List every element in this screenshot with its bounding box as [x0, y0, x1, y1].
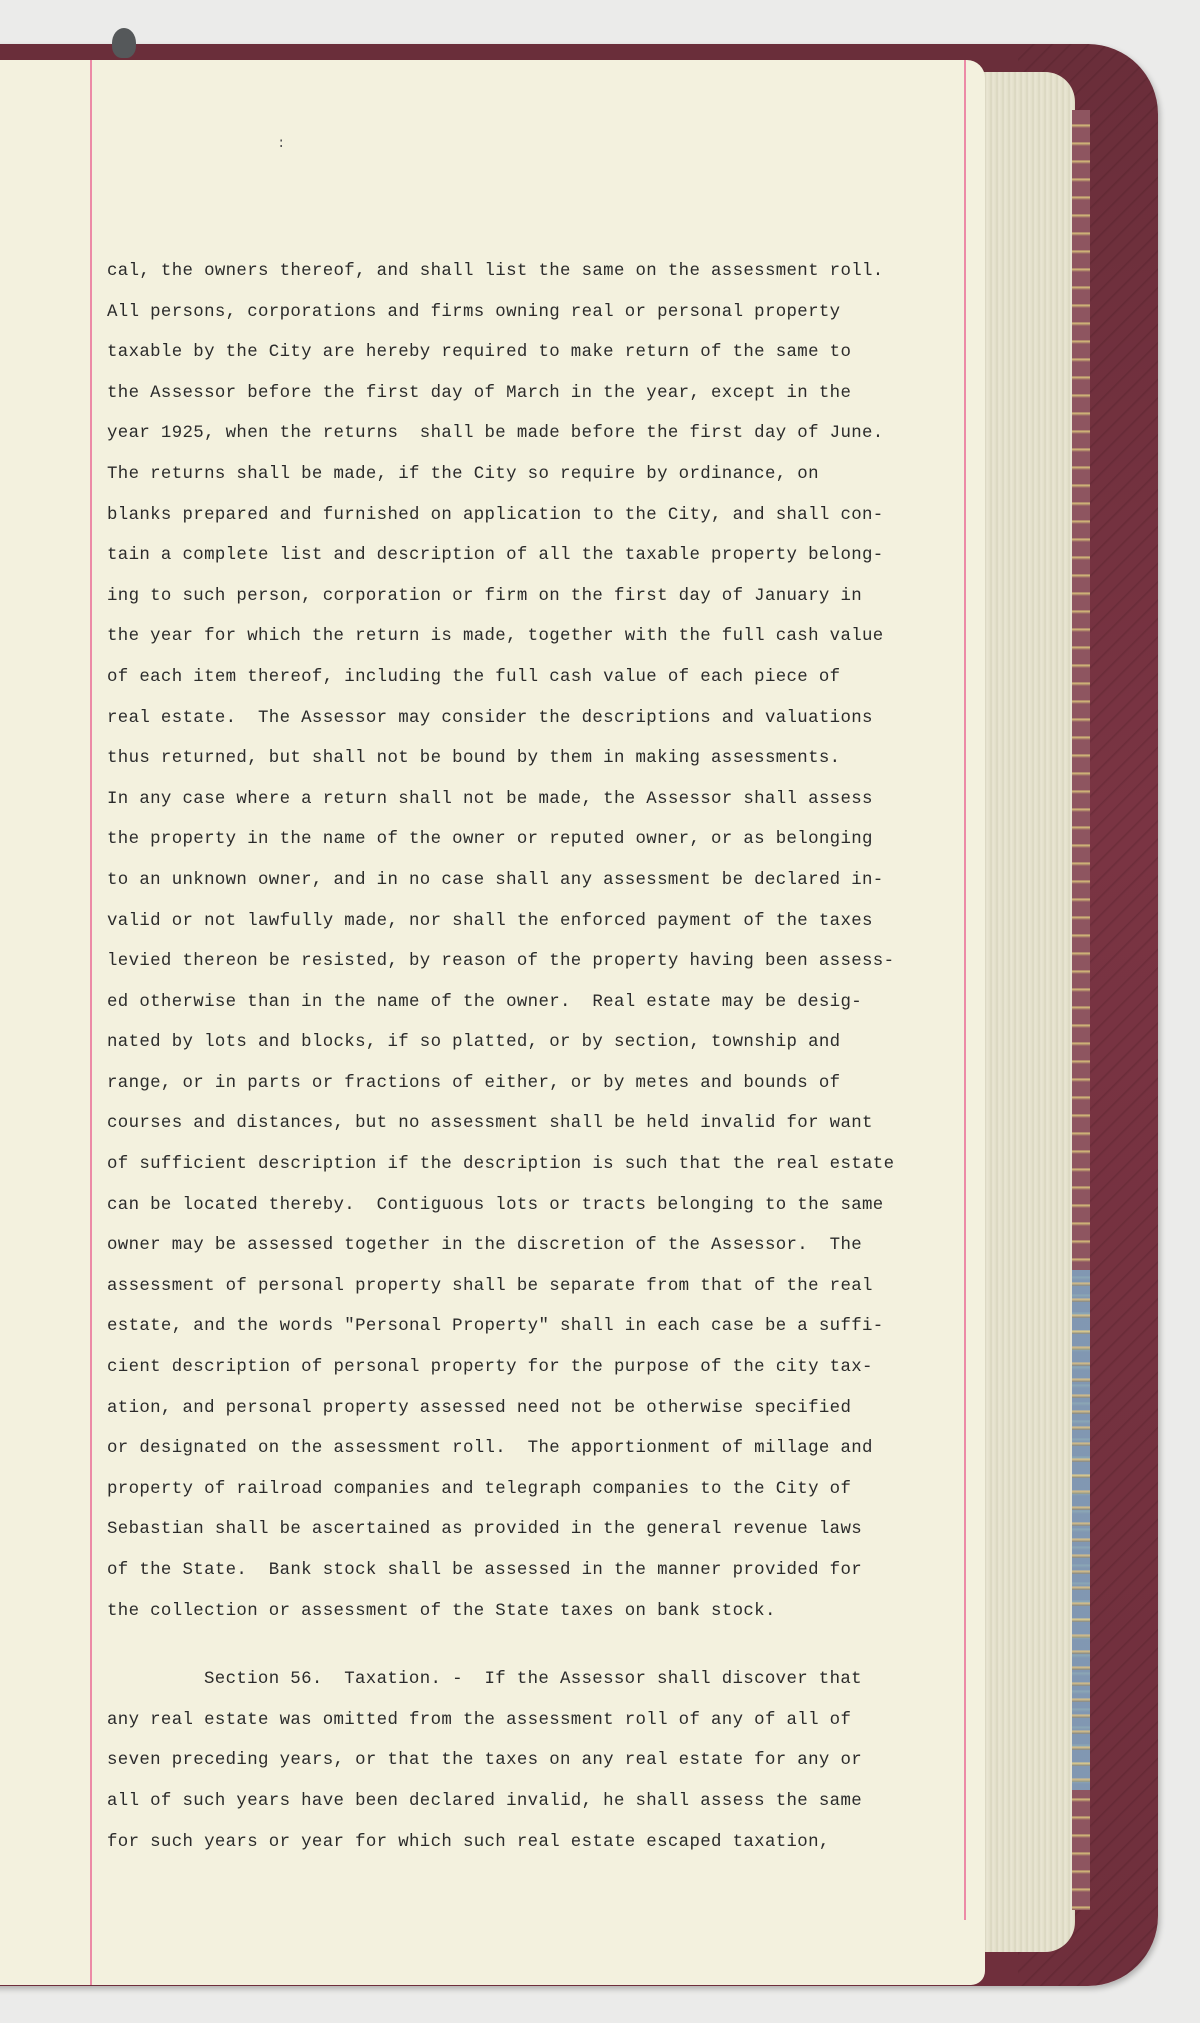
margin-mark: :	[277, 136, 285, 152]
section-heading-line: Section 56. Taxation. - If the Assessor …	[107, 1660, 977, 1701]
text-line: taxable by the City are hereby required …	[107, 333, 977, 374]
text-line: the year for which the return is made, t…	[107, 617, 977, 658]
typed-text-body: cal, the owners thereof, and shall list …	[107, 252, 977, 1863]
text-line: nated by lots and blocks, if so platted,…	[107, 1023, 977, 1064]
text-line: of the State. Bank stock shall be assess…	[107, 1551, 977, 1592]
text-line: ed otherwise than in the name of the own…	[107, 983, 977, 1024]
section-text-line: all of such years have been declared inv…	[107, 1782, 977, 1823]
text-line: of each item thereof, including the full…	[107, 658, 977, 699]
text-line: to an unknown owner, and in no case shal…	[107, 861, 977, 902]
text-line: of sufficient description if the descrip…	[107, 1145, 977, 1186]
text-line: assessment of personal property shall be…	[107, 1267, 977, 1308]
text-line: blanks prepared and furnished on applica…	[107, 496, 977, 537]
clasp-rivet-icon	[112, 28, 136, 58]
text-line: cient description of personal property f…	[107, 1348, 977, 1389]
section-text-line: any real estate was omitted from the ass…	[107, 1701, 977, 1742]
text-line: courses and distances, but no assessment…	[107, 1104, 977, 1145]
text-line: the Assessor before the first day of Mar…	[107, 374, 977, 415]
text-line: real estate. The Assessor may consider t…	[107, 699, 977, 740]
marbled-edge-blue	[1072, 1270, 1090, 1790]
text-line: can be located thereby. Contiguous lots …	[107, 1186, 977, 1227]
text-line: levied thereon be resisted, by reason of…	[107, 942, 977, 983]
text-line: Sebastian shall be ascertained as provid…	[107, 1510, 977, 1551]
section-text-line: seven preceding years, or that the taxes…	[107, 1741, 977, 1782]
section-text-line: for such years or year for which such re…	[107, 1823, 977, 1864]
left-margin-rule	[90, 60, 92, 1985]
text-line: owner may be assessed together in the di…	[107, 1226, 977, 1267]
text-line: valid or not lawfully made, nor shall th…	[107, 902, 977, 943]
text-line: year 1925, when the returns shall be mad…	[107, 414, 977, 455]
text-line: property of railroad companies and teleg…	[107, 1470, 977, 1511]
text-line: In any case where a return shall not be …	[107, 780, 977, 821]
text-line: the property in the name of the owner or…	[107, 820, 977, 861]
text-line: ing to such person, corporation or firm …	[107, 577, 977, 618]
page-edge-stack	[975, 72, 1075, 1952]
text-line: or designated on the assessment roll. Th…	[107, 1429, 977, 1470]
text-line: tain a complete list and description of …	[107, 536, 977, 577]
text-line: cal, the owners thereof, and shall list …	[107, 252, 977, 293]
text-line: ation, and personal property assessed ne…	[107, 1389, 977, 1430]
text-line: The returns shall be made, if the City s…	[107, 455, 977, 496]
text-line: thus returned, but shall not be bound by…	[107, 739, 977, 780]
text-line: All persons, corporations and firms owni…	[107, 293, 977, 334]
text-line: range, or in parts or fractions of eithe…	[107, 1064, 977, 1105]
text-line: the collection or assessment of the Stat…	[107, 1592, 977, 1633]
text-line: estate, and the words "Personal Property…	[107, 1307, 977, 1348]
